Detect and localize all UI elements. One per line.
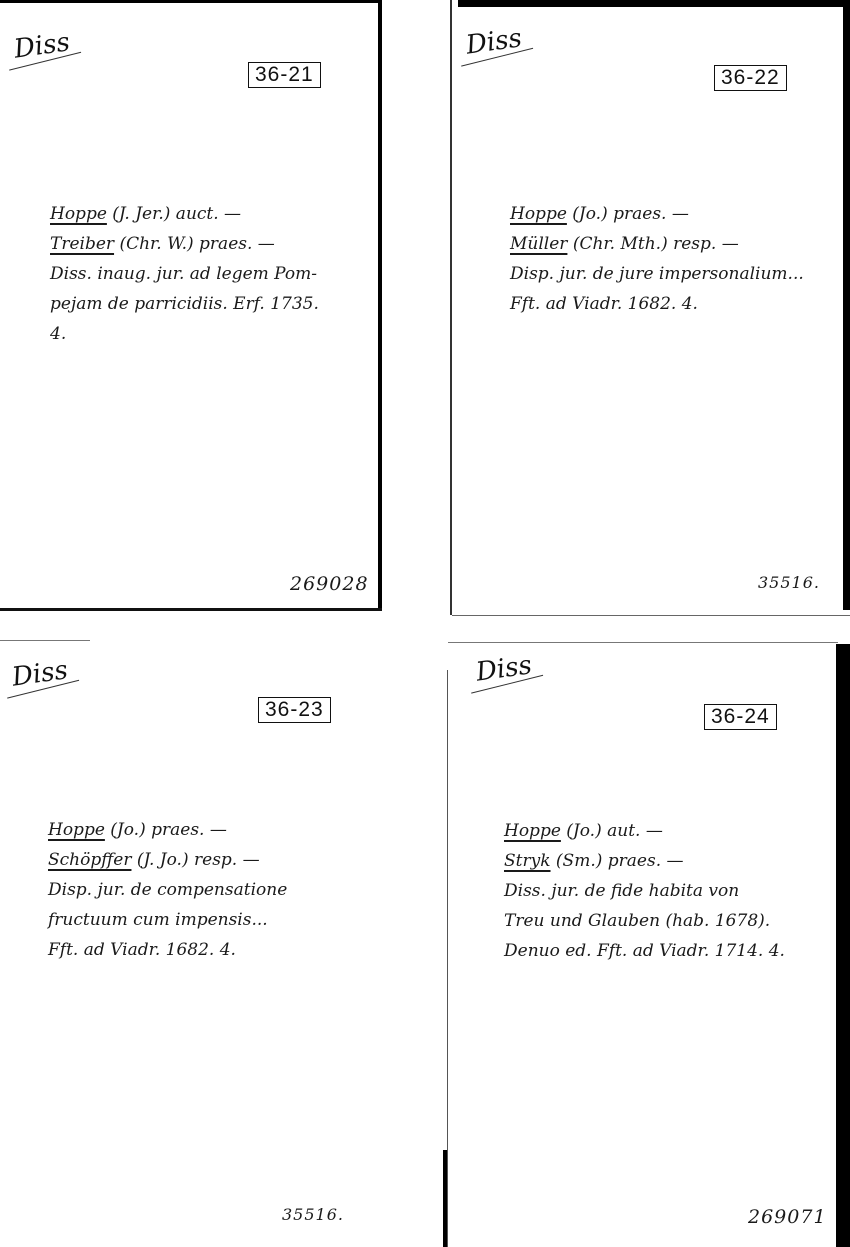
entry-line: pejam de parricidiis. Erf. 1735. xyxy=(50,289,319,319)
scan-border-left-card1-right xyxy=(378,0,382,610)
dissertation-marker: Diss xyxy=(12,27,71,64)
dissertation-marker: Diss xyxy=(474,650,533,687)
entry-line: fructuum cum impensis... xyxy=(48,905,287,935)
entry-line: Treiber (Chr. W.) praes. — xyxy=(50,229,319,259)
entry-line: 4. xyxy=(50,319,319,349)
entry-line: Fft. ad Viadr. 1682. 4. xyxy=(48,935,287,965)
catalog-card-4: Diss 36-24 Hoppe (Jo.) aut. — Stryk (Sm.… xyxy=(448,644,836,1247)
author-name: Hoppe xyxy=(504,821,561,841)
entry-line: Fft. ad Viadr. 1682. 4. xyxy=(510,289,804,319)
accession-number: 269028 xyxy=(290,573,369,595)
entry-line: Diss. inaug. jur. ad legem Pom- xyxy=(50,259,319,289)
entry-line: Müller (Chr. Mth.) resp. — xyxy=(510,229,804,259)
catalog-card-3: Diss 36-23 Hoppe (Jo.) praes. — Schöpffe… xyxy=(0,641,440,1247)
author-name: Hoppe xyxy=(510,204,567,224)
shelf-signature: 36-23 xyxy=(258,697,331,723)
author-name: Hoppe xyxy=(48,820,105,840)
entry-line: Hoppe (Jo.) praes. — xyxy=(48,815,287,845)
accession-number: 35516. xyxy=(758,573,820,592)
author-name: Treiber xyxy=(50,234,114,254)
entry-line: Disp. jur. de jure impersonalium... xyxy=(510,259,804,289)
dissertation-marker: Diss xyxy=(464,23,523,60)
entry-line: Hoppe (Jo.) aut. — xyxy=(504,816,785,846)
author-name: Schöpffer xyxy=(48,850,131,870)
author-name: Stryk xyxy=(504,851,551,871)
card4-top-edge xyxy=(448,642,838,643)
catalog-card-2: Diss 36-22 Hoppe (Jo.) praes. — Müller (… xyxy=(452,7,843,615)
accession-number: 269071 xyxy=(748,1206,827,1228)
shelf-signature: 36-21 xyxy=(248,62,321,88)
entry-line: Hoppe (J. Jer.) auct. — xyxy=(50,199,319,229)
author-name: Müller xyxy=(510,234,567,254)
entry-line: Treu und Glauben (hab. 1678). xyxy=(504,906,785,936)
accession-number: 35516. xyxy=(282,1205,344,1224)
entry-line: Denuo ed. Fft. ad Viadr. 1714. 4. xyxy=(504,936,785,966)
catalog-entry: Hoppe (Jo.) praes. — Müller (Chr. Mth.) … xyxy=(510,199,804,319)
card1-bottom-edge xyxy=(0,608,382,611)
entry-line: Schöpffer (J. Jo.) resp. — xyxy=(48,845,287,875)
entry-line: Hoppe (Jo.) praes. — xyxy=(510,199,804,229)
scan-border-top-right xyxy=(458,0,850,7)
author-name: Hoppe xyxy=(50,204,107,224)
shelf-signature: 36-24 xyxy=(704,704,777,730)
shelf-signature: 36-22 xyxy=(714,65,787,91)
catalog-entry: Hoppe (Jo.) aut. — Stryk (Sm.) praes. — … xyxy=(504,816,785,966)
catalog-entry: Hoppe (J. Jer.) auct. — Treiber (Chr. W.… xyxy=(50,199,319,349)
entry-line: Disp. jur. de compensatione xyxy=(48,875,287,905)
scan-border-right-top xyxy=(843,0,850,610)
scan-border-right-bottom xyxy=(836,644,850,1247)
catalog-entry: Hoppe (Jo.) praes. — Schöpffer (J. Jo.) … xyxy=(48,815,287,965)
entry-line: Diss. jur. de fide habita von xyxy=(504,876,785,906)
catalog-card-1: Diss 36-21 Hoppe (J. Jer.) auct. — Treib… xyxy=(0,3,378,608)
card2-bottom-edge xyxy=(452,615,850,616)
dissertation-marker: Diss xyxy=(10,655,69,692)
entry-line: Stryk (Sm.) praes. — xyxy=(504,846,785,876)
